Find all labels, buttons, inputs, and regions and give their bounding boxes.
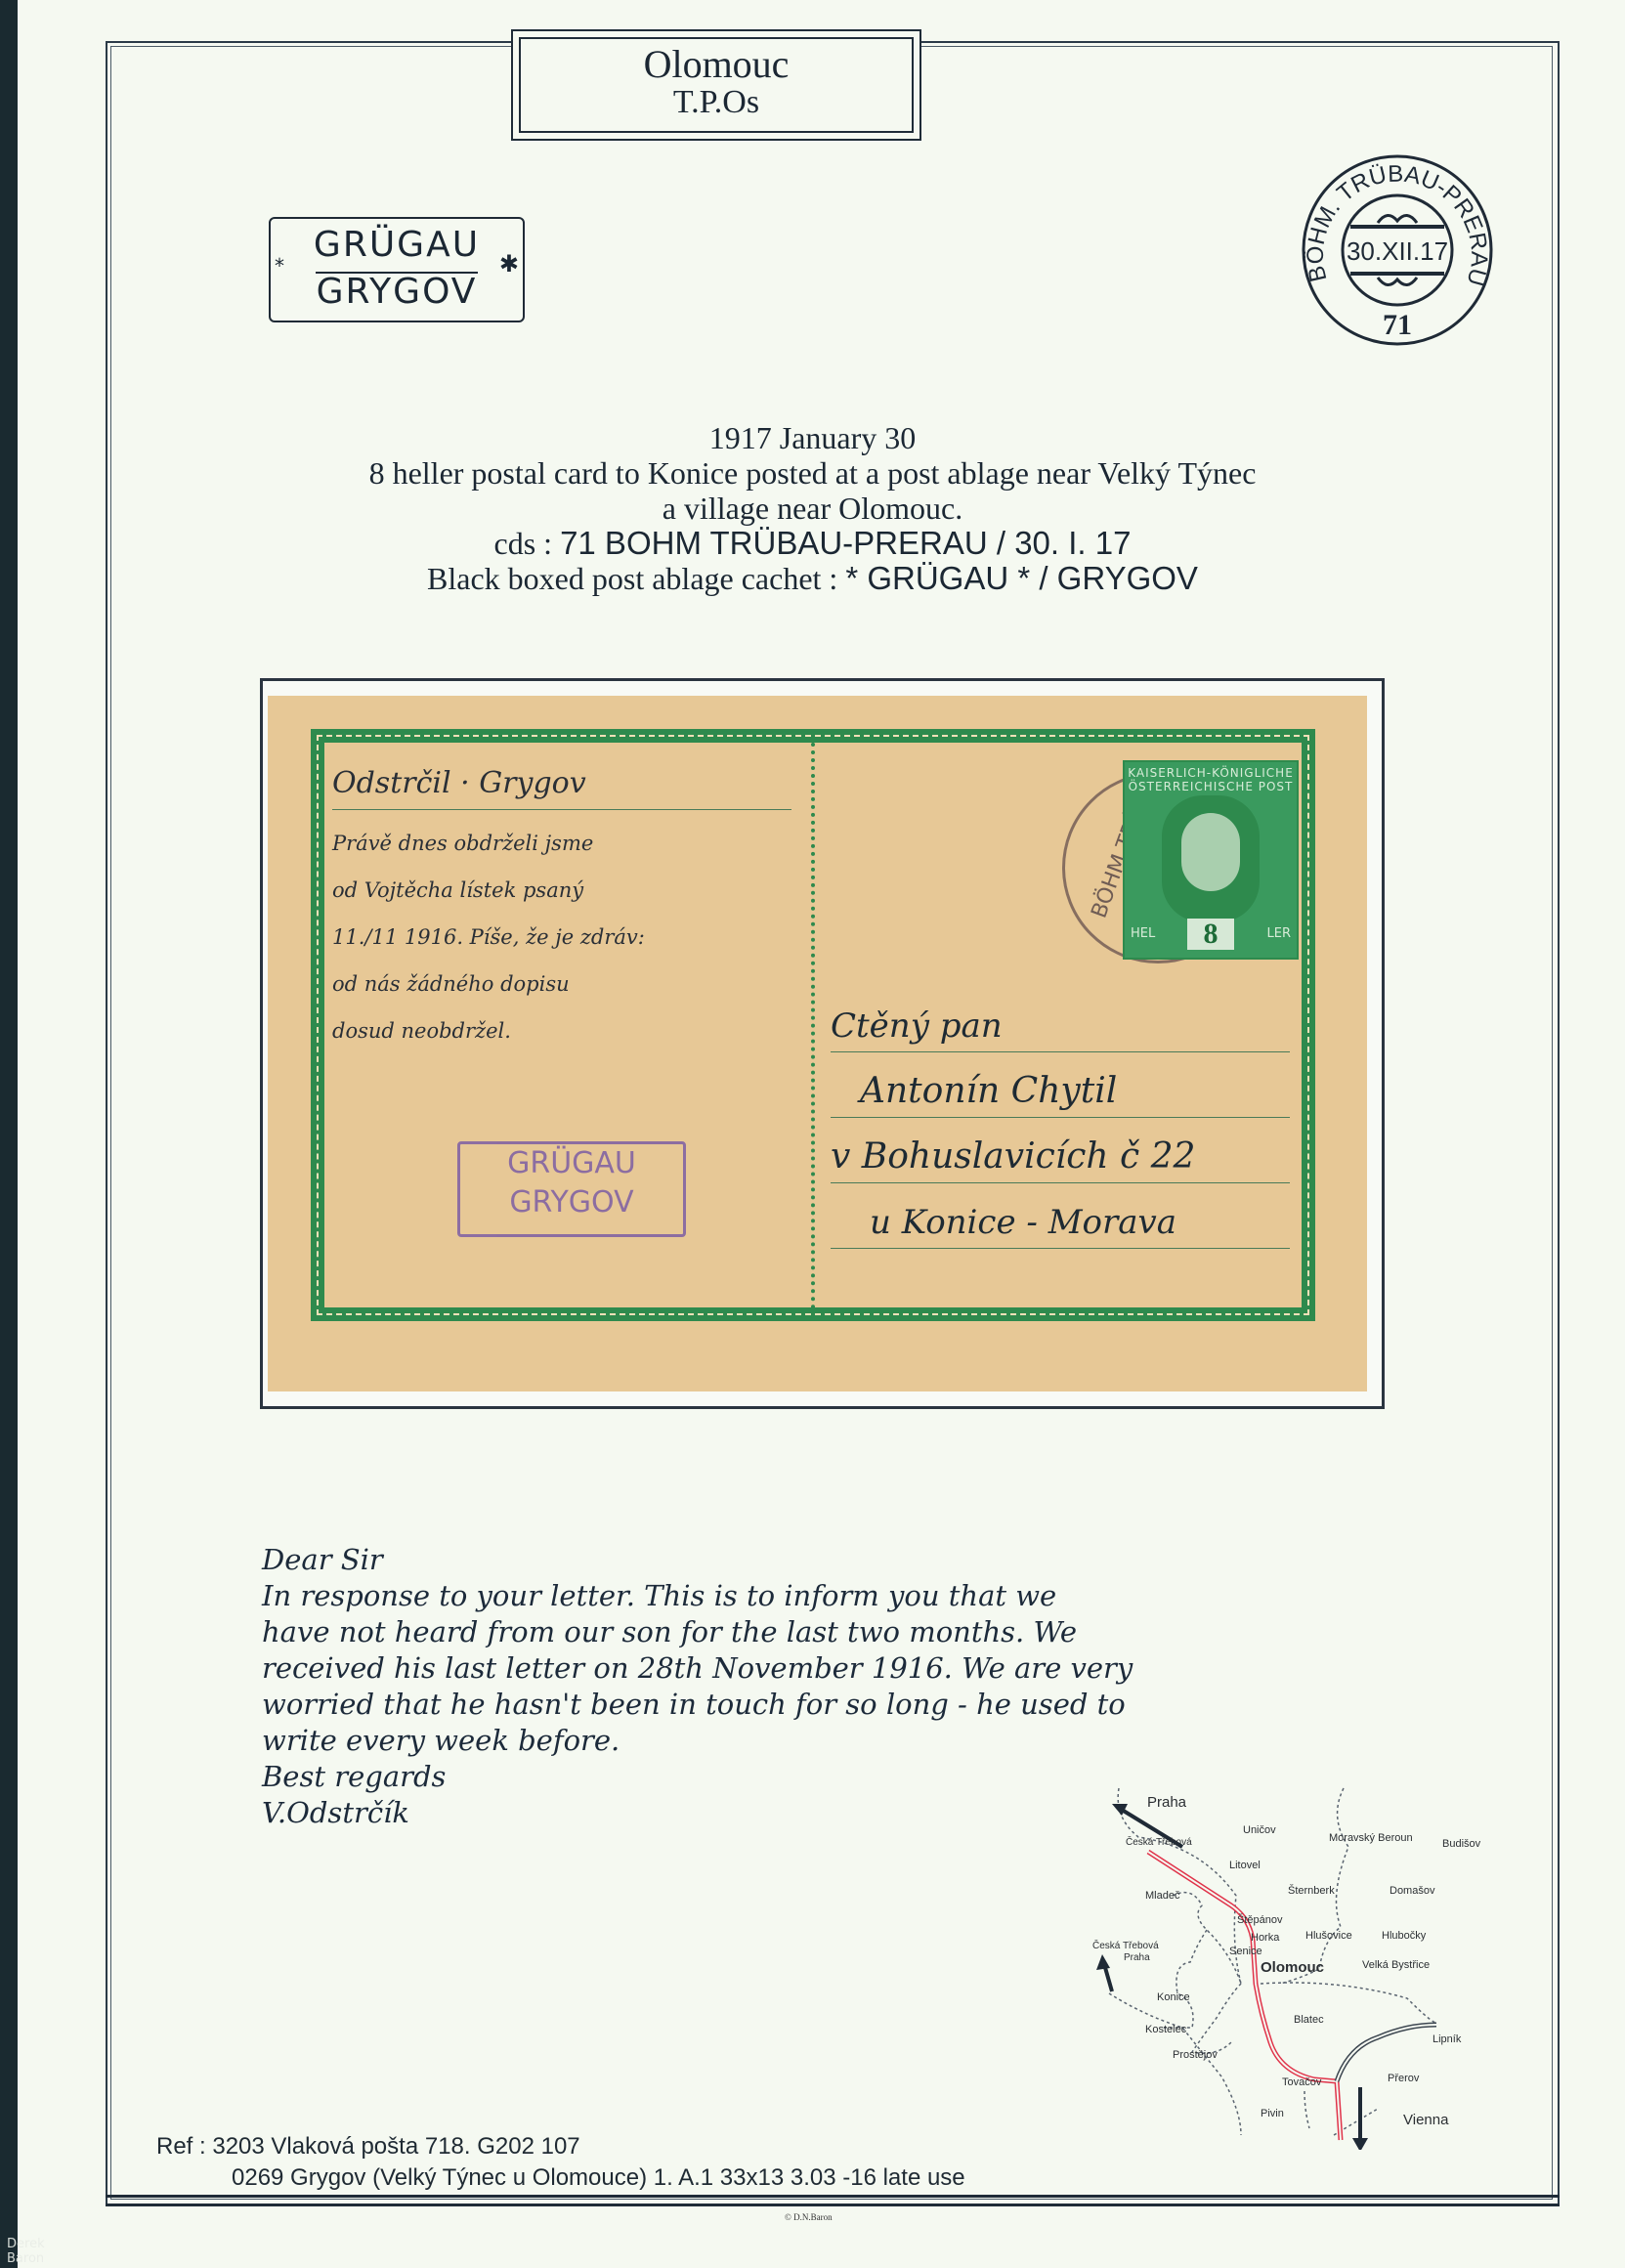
map-label: Hlušovice: [1305, 1930, 1352, 1942]
map-label: Praha: [1147, 1794, 1187, 1811]
page-subtitle: T.P.Os: [513, 84, 919, 121]
sender-heading: Odstrčil · Grygov: [332, 762, 791, 810]
stamp-value: 8: [1187, 919, 1234, 950]
letter-line: worried that he hasn't been in touch for…: [262, 1687, 1337, 1723]
cachet-illustration: * GRÜGAU GRYGOV ✱: [269, 217, 525, 322]
map-label: Kostelec: [1145, 2024, 1187, 2035]
map-label: Mladeč: [1145, 1890, 1180, 1902]
map-label: Horka: [1251, 1932, 1280, 1944]
cds-ring-text: BÖHM. TRÜBAU-PRERAU: [1303, 161, 1492, 289]
map-label: Hlubočky: [1382, 1930, 1427, 1942]
map-label: Prostějov: [1173, 2049, 1218, 2061]
stamp-label-right: LER: [1267, 926, 1292, 941]
reference-line-1: Ref : 3203 Vlaková pošta 718. G202 107: [156, 2133, 580, 2161]
address-line: u Konice - Morava: [831, 1183, 1290, 1249]
map-label-city: Olomouc: [1261, 1959, 1324, 1976]
map-label: Uničov: [1243, 1824, 1276, 1836]
stamp-label-left: HEL: [1131, 926, 1155, 941]
map-label: Budišov: [1442, 1838, 1481, 1850]
reference-line-2: 0269 Grygov (Velký Týnec u Olomouce) 1. …: [232, 2164, 965, 2192]
address-line: Antonín Chytil: [831, 1052, 1290, 1118]
map-label: Senice: [1229, 1946, 1262, 1957]
description-date: 1917 January 30: [195, 420, 1430, 455]
page-title: Olomouc: [513, 41, 919, 87]
map-label: Domašov: [1390, 1885, 1435, 1897]
face-icon: [1181, 813, 1240, 891]
letter-line: received his last letter on 28th Novembe…: [262, 1650, 1337, 1687]
description-line-2: 8 heller postal card to Konice posted at…: [195, 455, 1430, 491]
postcard-cachet-line-2: GRYGOV: [460, 1183, 683, 1222]
map-label: Litovel: [1229, 1860, 1261, 1871]
map-label: Pivin: [1261, 2108, 1284, 2119]
map-label: Lipník: [1433, 2033, 1462, 2045]
cds-label: cds :: [494, 526, 561, 561]
title-box: Olomouc T.P.Os: [511, 29, 921, 141]
map-label: Konice: [1157, 1991, 1190, 2003]
cachet-label: Black boxed post ablage cachet :: [427, 561, 845, 596]
map-label: Moravský Beroun: [1329, 1832, 1413, 1844]
bottom-rule: [106, 2195, 1560, 2198]
description-block: 1917 January 30 8 heller postal card to …: [195, 420, 1430, 596]
watermark: Derek Baron: [7, 2237, 45, 2266]
map-label: Vienna: [1403, 2112, 1449, 2128]
message-line: dosud neobdržel.: [332, 1007, 791, 1054]
copyright: © D.N.Baron: [785, 2212, 833, 2222]
cachet-line-2: GRYGOV: [300, 272, 493, 312]
map-label: Přerov: [1388, 2073, 1420, 2084]
description-cds: cds : 71 BOHM TRÜBAU-PRERAU / 30. I. 17: [195, 526, 1430, 561]
letter-line: In response to your letter. This is to i…: [262, 1578, 1337, 1614]
letter-line: Dear Sir: [262, 1542, 1337, 1578]
map-label: Praha: [1124, 1952, 1150, 1963]
star-icon: ✱: [499, 250, 519, 278]
cds-number: 71: [1383, 309, 1412, 341]
postcard-message: Odstrčil · Grygov Právě dnes obdrželi js…: [332, 762, 791, 1054]
map-label: Blatec: [1294, 2014, 1324, 2026]
svg-text:BÖHM. TRÜBAU-PRERAU: BÖHM. TRÜBAU-PRERAU: [1303, 161, 1492, 289]
cds-date: 30.XII.17: [1347, 236, 1448, 266]
postcard-cachet: GRÜGAU GRYGOV: [457, 1141, 686, 1237]
scan-edge-strip: Derek Baron: [0, 0, 18, 2268]
map-label: Šternberk: [1288, 1884, 1335, 1897]
letter-line: have not heard from our son for the last…: [262, 1614, 1337, 1650]
postcard-address: Ctěný pan Antonín Chytil v Bohuslavicích…: [831, 987, 1290, 1249]
message-line: Právě dnes obdrželi jsme: [332, 820, 791, 867]
cachet-line-1: GRÜGAU: [300, 225, 493, 265]
map-label: Velká Bystřice: [1362, 1959, 1430, 1971]
address-line: Ctěný pan: [831, 987, 1290, 1052]
map-label: Tovačov: [1282, 2076, 1322, 2088]
message-line: 11./11 1916. Píše, že je zdráv:: [332, 914, 791, 961]
imprinted-stamp: KAISERLICH-KÖNIGLICHE ÖSTERREICHISCHE PO…: [1123, 760, 1299, 960]
stamp-inscription: KAISERLICH-KÖNIGLICHE ÖSTERREICHISCHE PO…: [1125, 766, 1297, 793]
postcard-cachet-line-1: GRÜGAU: [460, 1144, 683, 1183]
address-line: v Bohuslavicích č 22: [831, 1118, 1290, 1183]
description-cachet: Black boxed post ablage cachet : * GRÜGA…: [195, 561, 1430, 596]
cachet-value: * GRÜGAU * / GRYGOV: [845, 560, 1198, 596]
letter-line: write every week before.: [262, 1723, 1337, 1759]
railway-map: Praha Česká Třebová Uničov Moravský Bero…: [1085, 1759, 1515, 2150]
cds-postmark-illustration: BÖHM. TRÜBAU-PRERAU 30.XII.17 71: [1300, 152, 1495, 348]
cds-value: 71 BOHM TRÜBAU-PRERAU / 30. I. 17: [560, 525, 1131, 561]
bottom-rule: [106, 2204, 1560, 2206]
postcard-divider: [811, 743, 815, 1309]
map-label: Česká Třebová: [1126, 1835, 1192, 1848]
map-label: Štěpánov: [1237, 1913, 1283, 1926]
star-icon: *: [275, 254, 284, 278]
map-label: Česká Třebová: [1092, 1939, 1159, 1951]
message-line: od Vojtěcha lístek psaný: [332, 867, 791, 914]
description-line-3: a village near Olomouc.: [195, 491, 1430, 526]
message-line: od nás žádného dopisu: [332, 961, 791, 1007]
